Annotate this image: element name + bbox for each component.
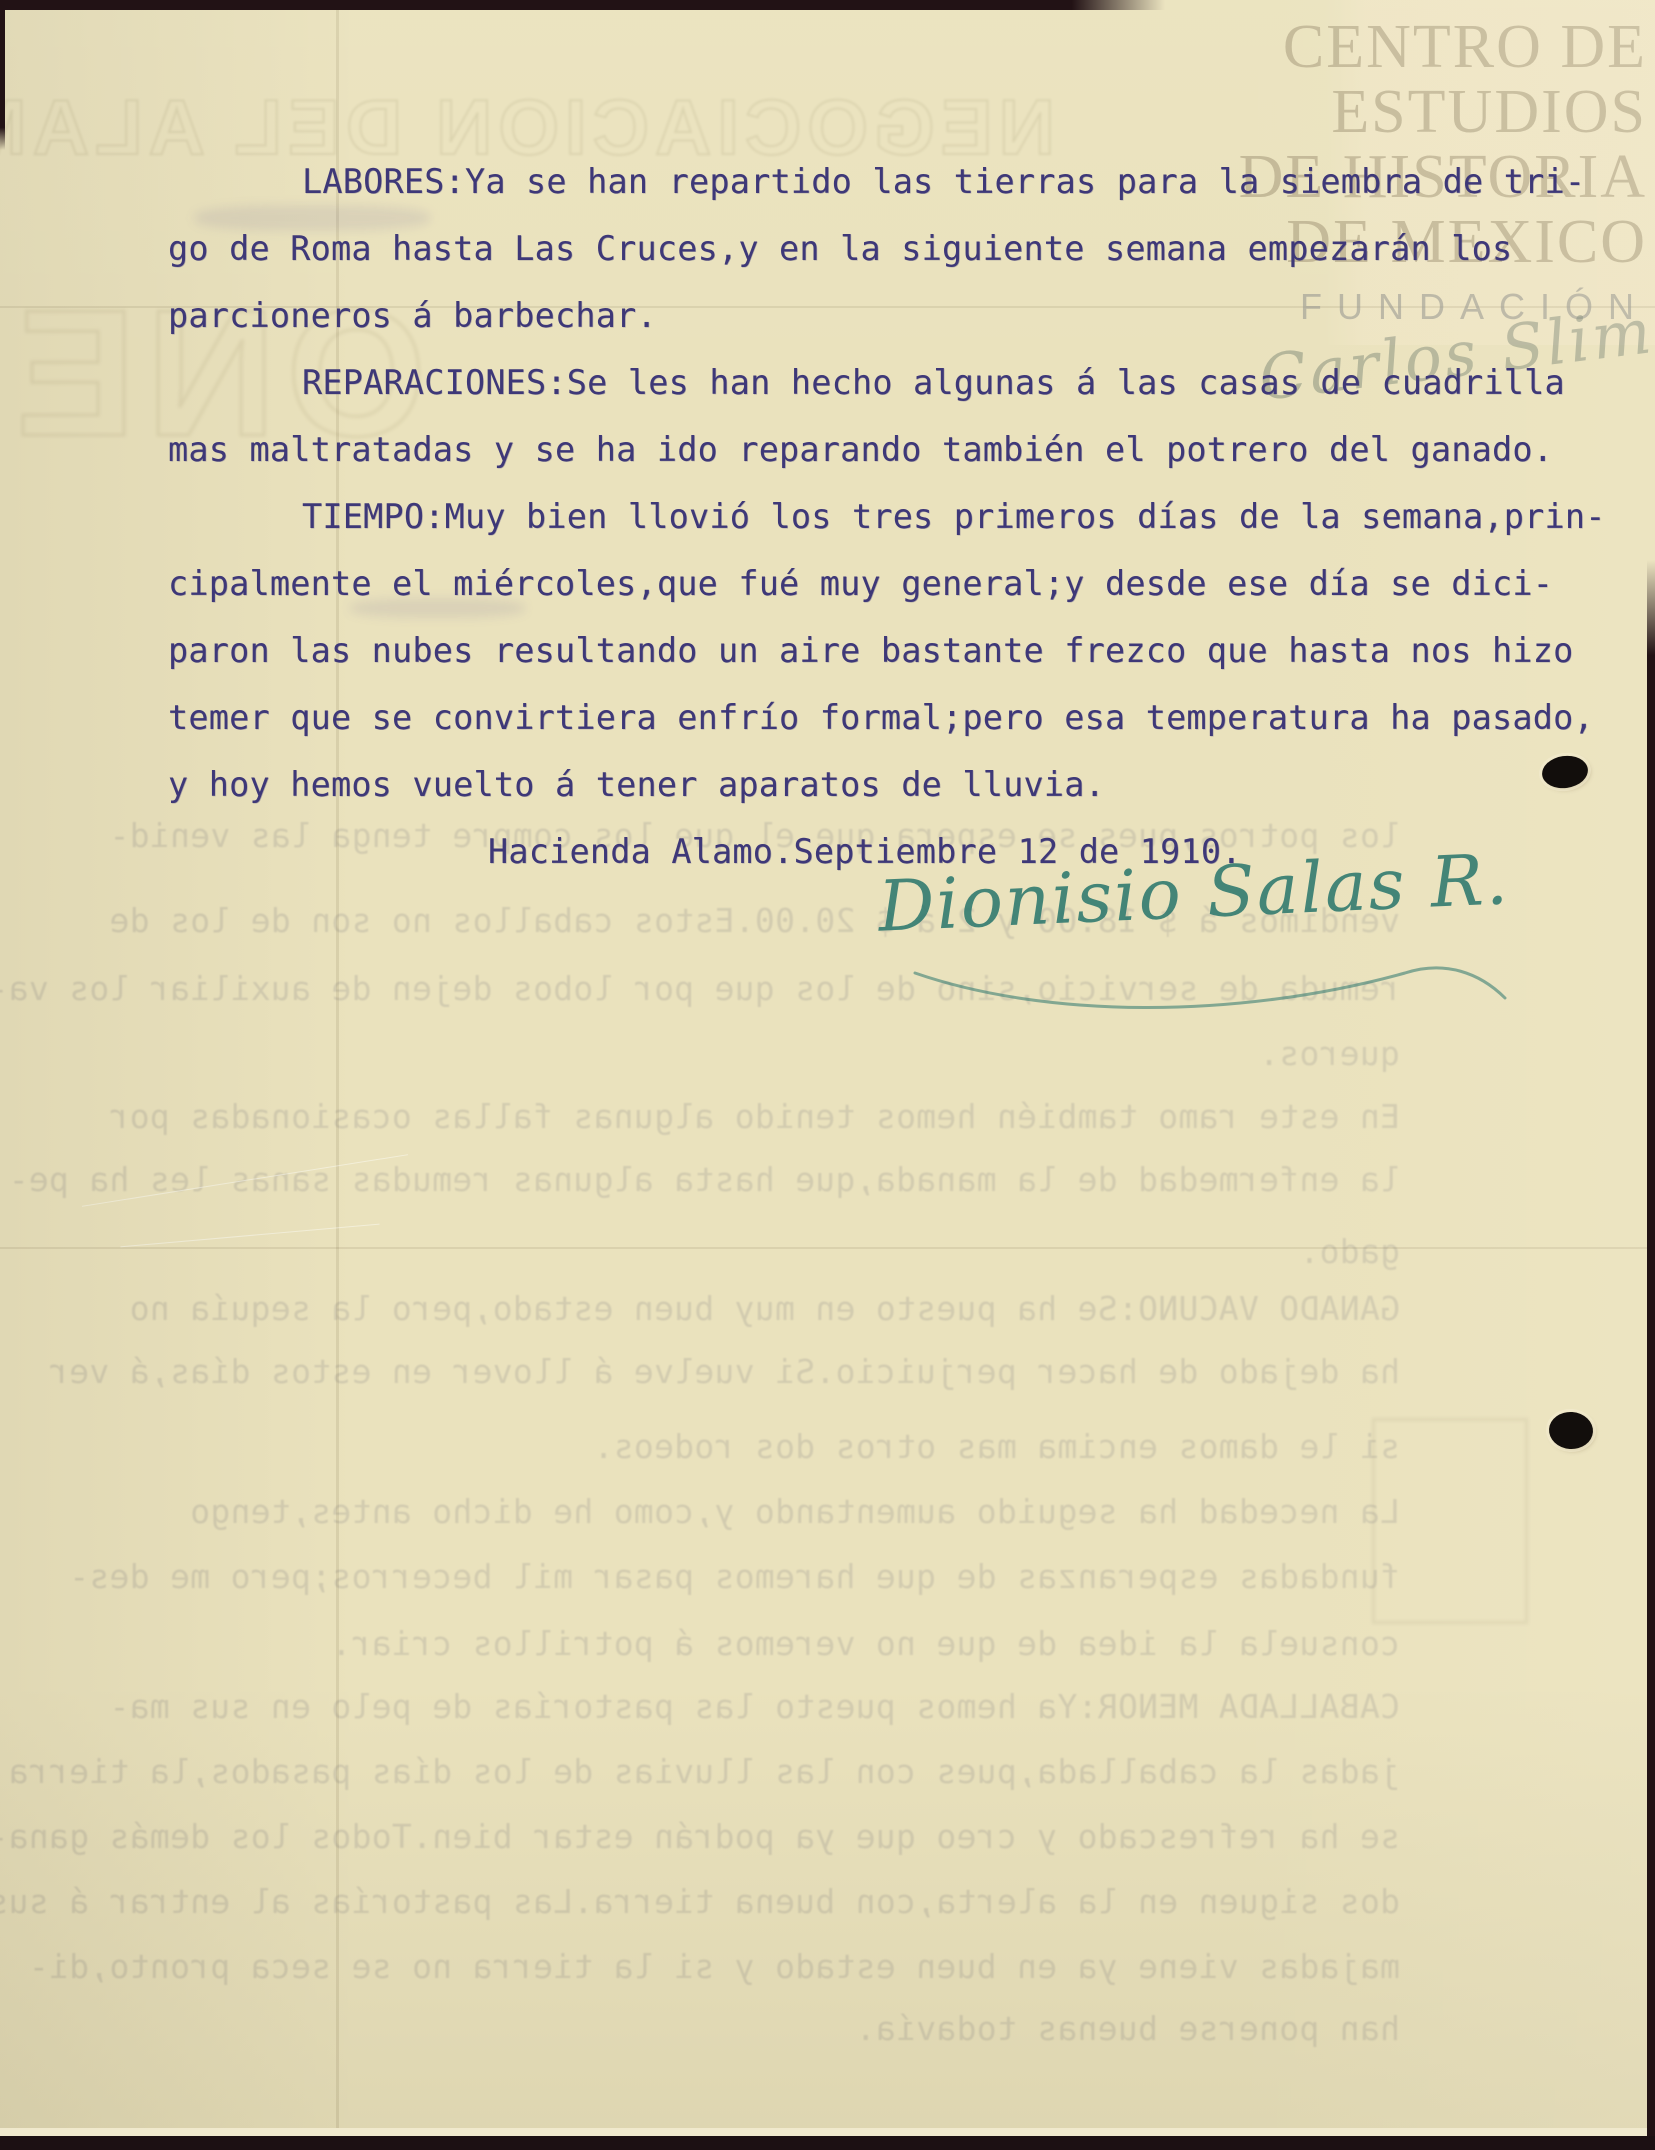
typed-line: mas maltratadas y se ha ido reparando ta… xyxy=(168,416,1608,483)
bleedthrough-line: CABALLADA MENOR:Ya hemos puesto las past… xyxy=(70,1687,1532,1726)
scan-edge-right xyxy=(1647,560,1655,2150)
bleedthrough-line: fundadas esperanzas de que haremos pasar… xyxy=(70,1557,1400,1596)
letter-body: LABORES:Ya se han repartido las tierras … xyxy=(168,148,1608,885)
typed-line: parcioneros á barbechar. xyxy=(168,282,1608,349)
document-page: NEGOCIACION DEL ALAMO ONE los potros,pue… xyxy=(0,0,1655,2150)
ink-smudge-2 xyxy=(350,598,525,618)
typed-line: LABORES:Ya se han repartido las tierras … xyxy=(168,148,1608,215)
bleedthrough-line: consuela la idea de que no veremos á pot… xyxy=(70,1624,1400,1663)
punch-hole-bottom xyxy=(1548,1411,1594,1451)
bleedthrough-line: se ha refrescado y creo que ya podrán es… xyxy=(70,1817,1400,1856)
ink-smudge-1 xyxy=(195,205,430,231)
bleedthrough-line: la enfermedad de la manada,que hasta alg… xyxy=(70,1160,1400,1199)
typed-line: y hoy hemos vuelto á tener aparatos de l… xyxy=(168,751,1608,818)
bleedthrough-line: si le damos encima mas otros dos rodeos. xyxy=(70,1427,1400,1466)
scan-edge-left xyxy=(0,0,5,150)
signature-flourish xyxy=(905,918,1525,1038)
watermark-line: ESTUDIOS xyxy=(1331,77,1647,148)
bleedthrough-line: GANADO VACUNO:Se ha puesto en muy buen e… xyxy=(70,1289,1532,1328)
bleedthrough-line: han ponerse buenas todavía. xyxy=(70,2009,1400,2048)
typed-line: paron las nubes resultando un aire basta… xyxy=(168,617,1608,684)
bleedthrough-line: La necedad ha seguido aumentando y,como … xyxy=(70,1492,1532,1531)
typed-line: temer que se convirtiera enfrío formal;p… xyxy=(168,684,1608,751)
bleedthrough-line: gado. xyxy=(70,1232,1400,1271)
scan-edge-top xyxy=(0,0,1165,10)
typed-line: REPARACIONES:Se les han hecho algunas á … xyxy=(168,349,1608,416)
bleedthrough-line: ha dejado de hacer perjuicio.Si vuelve á… xyxy=(70,1352,1400,1391)
bleedthrough-line: queros. xyxy=(70,1034,1400,1073)
typed-line: TIEMPO:Muy bien llovió los tres primeros… xyxy=(168,483,1608,550)
paper-bottom-rim xyxy=(0,2128,1655,2136)
bleedthrough-line: dos siguen en la alerta,con buena tierra… xyxy=(70,1882,1400,1921)
watermark-line: CENTRO DE xyxy=(1283,12,1647,83)
scan-edge-bottom xyxy=(0,2136,1655,2150)
crease-horizontal-2 xyxy=(0,1247,1655,1249)
bleedthrough-line: majadas viene ya en buen estado y si la … xyxy=(70,1947,1400,1986)
bleedthrough-line: En este ramo también hemos tenido alguna… xyxy=(70,1097,1532,1136)
bleedthrough-line: jadas la caballada,pues con las lluvias … xyxy=(70,1752,1400,1791)
